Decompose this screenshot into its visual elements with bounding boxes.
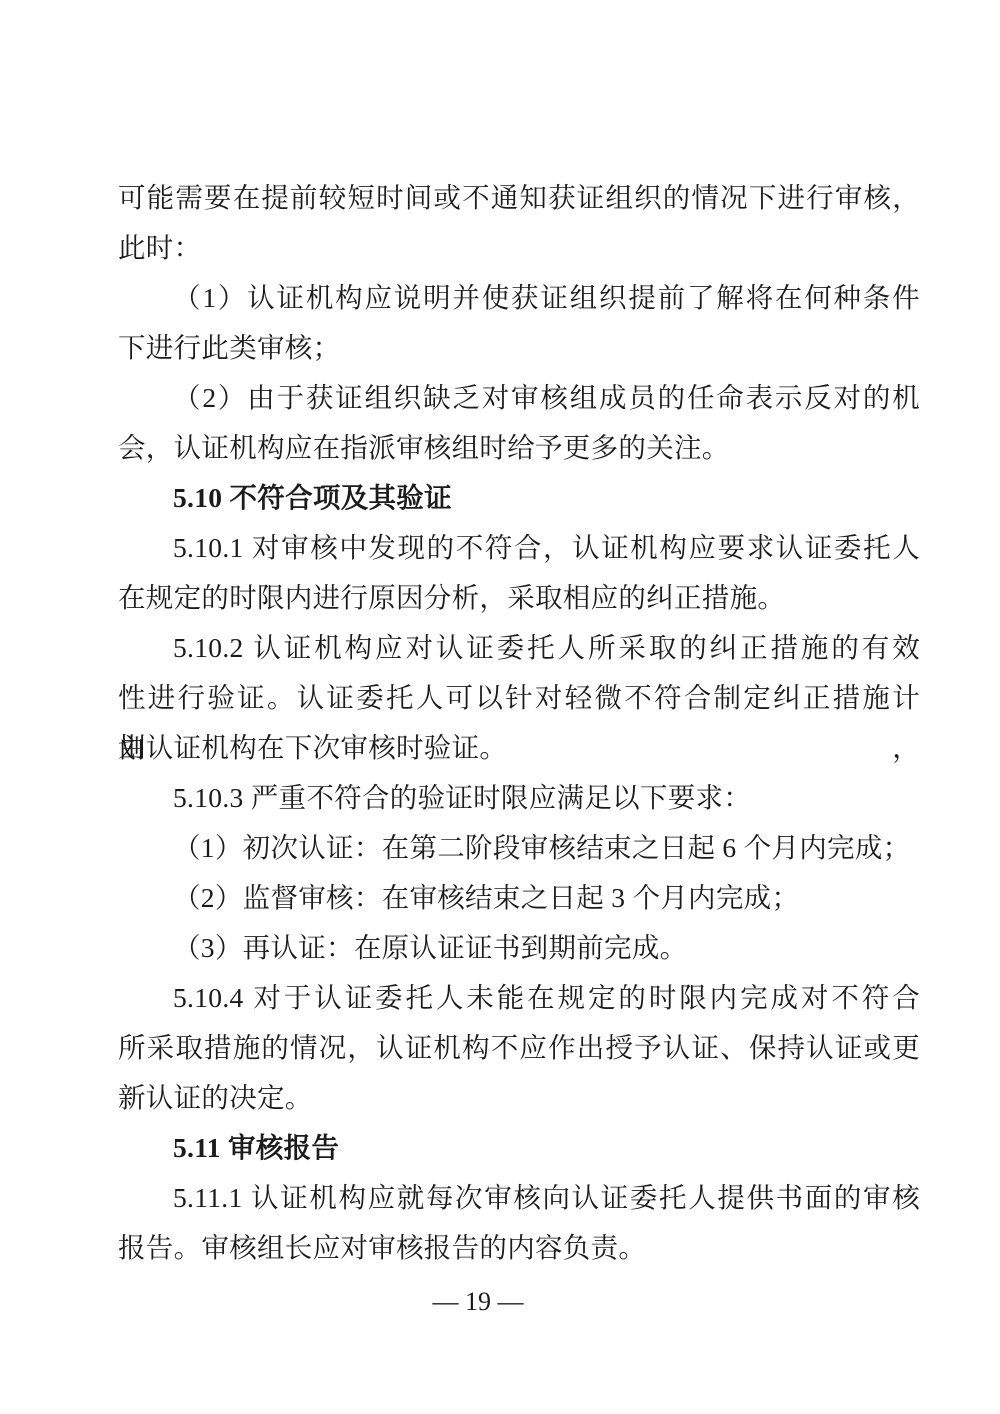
list-item-2: （2）由于获证组织缺乏对审核组成员的任命表示反对的机会，认证机构应在指派审核组时… xyxy=(118,373,920,473)
heading-5-10: 5.10 不符合项及其验证 xyxy=(118,473,920,523)
clause-5-10-3-item-1: （1）初次认证：在第二阶段审核结束之日起 6 个月内完成； xyxy=(118,823,920,873)
text-line: 会，认证机构应在指派审核组时给予更多的关注。 xyxy=(118,423,920,473)
list-item-1: （1）认证机构应说明并使获证组织提前了解将在何种条件下进行此类审核； xyxy=(118,273,920,373)
text-line: 5.10.2 认证机构应对认证委托人所采取的纠正措施的有效 xyxy=(118,623,920,673)
document-page: 可能需要在提前较短时间或不通知获证组织的情况下进行审核，此时：（1）认证机构应说… xyxy=(0,0,1000,1414)
text-line: 5.11.1 认证机构应就每次审核向认证委托人提供书面的审核 xyxy=(118,1173,920,1223)
clause-5-10-3-item-3: （3）再认证：在原认证证书到期前完成。 xyxy=(118,923,920,973)
clause-5-11-1: 5.11.1 认证机构应就每次审核向认证委托人提供书面的审核报告。审核组长应对审… xyxy=(118,1173,920,1273)
paragraph-continuation: 可能需要在提前较短时间或不通知获证组织的情况下进行审核，此时： xyxy=(118,173,920,273)
text-line: 此时： xyxy=(118,223,920,273)
text-line: 5.10 不符合项及其验证 xyxy=(118,473,920,523)
text-line: 在规定的时限内进行原因分析，采取相应的纠正措施。 xyxy=(118,573,920,623)
heading-5-11: 5.11 审核报告 xyxy=(118,1123,920,1173)
clause-5-10-2: 5.10.2 认证机构应对认证委托人所采取的纠正措施的有效性进行验证。认证委托人… xyxy=(118,623,920,773)
document-body: 可能需要在提前较短时间或不通知获证组织的情况下进行审核，此时：（1）认证机构应说… xyxy=(118,173,920,1273)
clause-5-10-3: 5.10.3 严重不符合的验证时限应满足以下要求： xyxy=(118,773,920,823)
text-line: （1）初次认证：在第二阶段审核结束之日起 6 个月内完成； xyxy=(118,823,920,873)
text-line: 5.10.3 严重不符合的验证时限应满足以下要求： xyxy=(118,773,920,823)
clause-5-10-3-item-2: （2）监督审核：在审核结束之日起 3 个月内完成； xyxy=(118,873,920,923)
text-line: 性进行验证。认证委托人可以针对轻微不符合制定纠正措施计划， xyxy=(118,673,920,723)
text-line: 报告。审核组长应对审核报告的内容负责。 xyxy=(118,1223,920,1273)
text-line: 新认证的决定。 xyxy=(118,1073,920,1123)
text-line: 下进行此类审核； xyxy=(118,323,920,373)
text-line: 5.10.1 对审核中发现的不符合，认证机构应要求认证委托人 xyxy=(118,523,920,573)
text-line: （2）监督审核：在审核结束之日起 3 个月内完成； xyxy=(118,873,920,923)
clause-5-10-1: 5.10.1 对审核中发现的不符合，认证机构应要求认证委托人在规定的时限内进行原… xyxy=(118,523,920,623)
text-line: 所采取措施的情况，认证机构不应作出授予认证、保持认证或更 xyxy=(118,1023,920,1073)
text-line: （2）由于获证组织缺乏对审核组成员的任命表示反对的机 xyxy=(118,373,920,423)
text-line: 5.10.4 对于认证委托人未能在规定的时限内完成对不符合 xyxy=(118,973,920,1023)
page-number: — 19 — xyxy=(0,1286,956,1318)
text-line: 5.11 审核报告 xyxy=(118,1123,920,1173)
text-line: （3）再认证：在原认证证书到期前完成。 xyxy=(118,923,920,973)
text-line: （1）认证机构应说明并使获证组织提前了解将在何种条件 xyxy=(118,273,920,323)
text-line: 可能需要在提前较短时间或不通知获证组织的情况下进行审核， xyxy=(118,173,920,223)
clause-5-10-4: 5.10.4 对于认证委托人未能在规定的时限内完成对不符合所采取措施的情况，认证… xyxy=(118,973,920,1123)
